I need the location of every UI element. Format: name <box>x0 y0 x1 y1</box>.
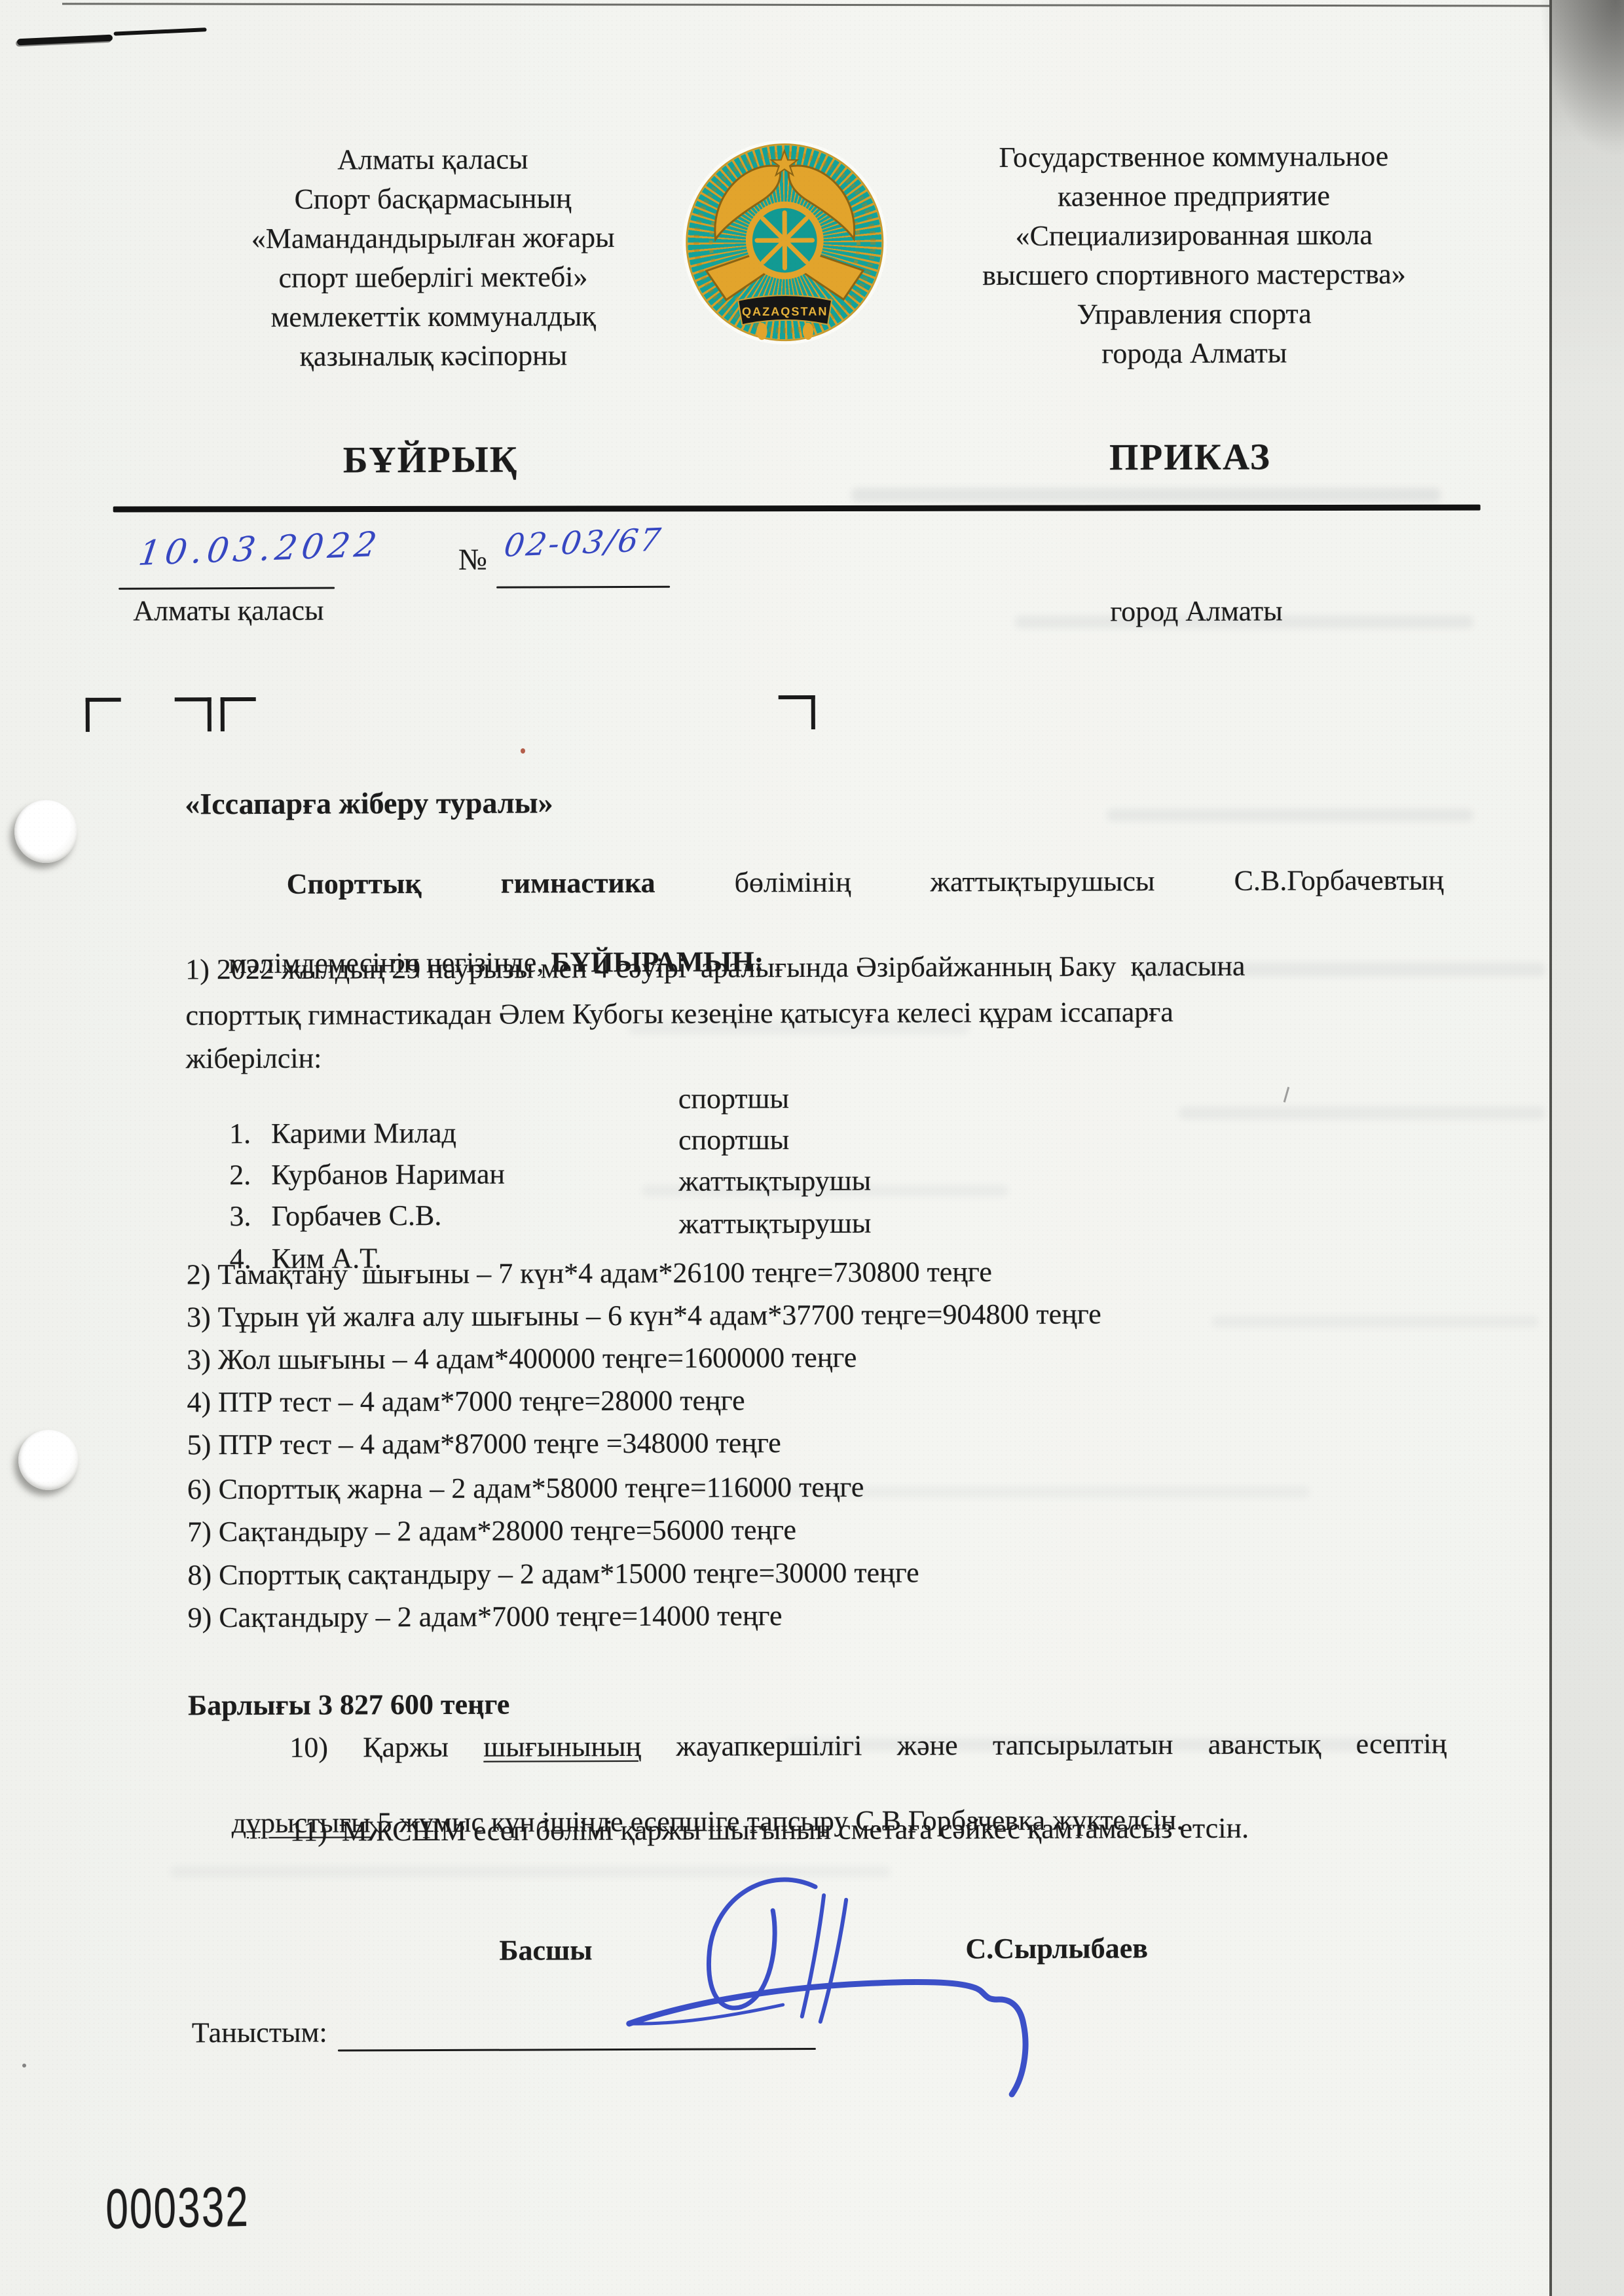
letterhead-line: Спорт басқармасының <box>197 179 669 220</box>
paragraph-bold: Спорттық гимнастика <box>287 867 655 900</box>
paragraph-line: Спорттық гимнастика бөлімінің жаттықтыру… <box>287 864 1444 901</box>
clause-text: 10) Қаржы <box>289 1731 483 1764</box>
letterhead-line: Государственное коммунальное <box>957 137 1431 178</box>
handwritten-signature <box>616 1859 1061 2122</box>
paragraph-text: бөлімінің жаттықтырушысы С.В.Горбачевтың <box>735 864 1444 899</box>
kazakhstan-emblem: QAZAQSTAN <box>682 140 887 345</box>
order-place-ru: город Алматы <box>1110 594 1283 628</box>
expense-line: 9) Сақтандыру – 2 адам*7000 теңге=14000 … <box>188 1599 783 1634</box>
letterhead-line: высшего спортивного мастерства» <box>957 255 1431 296</box>
expense-line: 3) Тұрын үй жалға алу шығыны – 6 күн*4 а… <box>187 1297 1101 1334</box>
scan-topleft-mark <box>17 35 113 46</box>
corner-mark <box>779 695 815 729</box>
order-subject: «Іссапарға жіберу туралы» <box>185 785 553 821</box>
signer-position: Басшы <box>499 1933 592 1967</box>
letterhead-right: Государственное коммунальное казенное пр… <box>957 137 1431 374</box>
letterhead-line: қазыналық кәсіпорны <box>198 336 669 377</box>
header-rule <box>113 505 1481 513</box>
scan-speck <box>22 2064 26 2068</box>
scanned-order-page: Алматы қаласы Спорт басқармасының «Маман… <box>0 0 1624 2296</box>
letterhead-line: «Специализированная школа <box>957 215 1431 257</box>
scan-ghost <box>851 488 1441 502</box>
expense-line: 5) ПТР тест – 4 адам*87000 теңге =348000… <box>187 1426 781 1461</box>
scan-red-speck <box>521 748 525 754</box>
number-blank-line <box>496 586 670 589</box>
expense-line: 4) ПТР тест – 4 адам*7000 теңге=28000 те… <box>187 1383 745 1419</box>
letterhead-line: Управления спорта <box>957 294 1431 335</box>
scan-gray-tick <box>1283 1087 1289 1102</box>
date-blank-line <box>119 587 335 590</box>
scan-ghost <box>1107 809 1473 822</box>
scan-corner-shadow <box>1539 0 1624 157</box>
roster-role: спортшы <box>678 1082 789 1116</box>
letterhead-line: города Алматы <box>957 333 1431 374</box>
corner-mark <box>175 697 212 731</box>
clause-text-underlined: шығынының <box>483 1730 641 1763</box>
scan-right-paper-edge <box>1549 0 1624 2296</box>
expense-line: 7) Сақтандыру – 2 адам*28000 теңге=56000… <box>187 1513 796 1548</box>
letterhead-line: «Мамандандырылған жоғары <box>197 218 669 259</box>
emblem-banner-text: QAZAQSTAN <box>742 305 828 318</box>
letterhead-line: мемлекеттік коммуналдық <box>198 297 669 338</box>
clause-line: 10) Қаржы шығынының жауапкершілігі және … <box>289 1727 1447 1764</box>
form-number-stamp: 000332 <box>105 2175 250 2242</box>
hole-punch-bottom <box>18 1430 79 1490</box>
clause-line: жіберілсін: <box>186 1042 322 1076</box>
clause-line: 11) МЖСШМ есеп бөлімі қаржы шығынын смет… <box>290 1812 1249 1848</box>
scan-ghost <box>1211 1316 1539 1328</box>
clause-line: спорттық гимнастикадан Әлем Кубогы кезең… <box>185 995 1173 1032</box>
roster-role: жаттықтырушы <box>678 1207 871 1241</box>
hole-punch-top <box>14 800 77 863</box>
expense-line: 3) Жол шығыны – 4 адам*400000 теңге=1600… <box>187 1341 857 1377</box>
number-sign: № <box>458 542 487 577</box>
emblem-art: QAZAQSTAN <box>682 140 887 345</box>
letterhead-line: спорт шеберлігі мектебі» <box>197 257 669 299</box>
expense-line: 6) Спорттық жарна – 2 адам*58000 теңге=1… <box>187 1470 864 1506</box>
scan-top-edge-line <box>62 3 1624 7</box>
letterhead-left: Алматы қаласы Спорт басқармасының «Маман… <box>197 139 669 377</box>
order-title-ru: ПРИКАЗ <box>1059 435 1321 479</box>
clause-line: 1) 2022 жылдың 29 наурызы мен 4 сәуірі а… <box>185 949 1246 987</box>
order-date-handwritten: 10.03.2022 <box>136 525 384 574</box>
corner-mark <box>86 698 121 732</box>
clause-text: жауапкершілігі және тапсырылатын авансты… <box>641 1728 1447 1762</box>
total-line: Барлығы 3 827 600 теңге <box>188 1688 509 1722</box>
order-place-kk: Алматы қаласы <box>133 594 324 628</box>
expense-line: 8) Спорттық сақтандыру – 2 адам*15000 те… <box>187 1556 919 1592</box>
letterhead-line: Алматы қаласы <box>197 139 669 181</box>
roster-role: спортшы <box>678 1123 789 1157</box>
scan-ghost <box>1179 1106 1545 1120</box>
roster-role: жаттықтырушы <box>678 1164 871 1198</box>
acknowledged-label: Таныстым: <box>192 2016 327 2050</box>
order-title-kk: БҰЙРЫҚ <box>299 438 561 481</box>
expense-line: 2) Тамақтану шығыны – 7 күн*4 адам*26100… <box>187 1255 992 1291</box>
letterhead-line: казенное предприятие <box>957 176 1431 217</box>
order-number-handwritten: 02-03/67 <box>502 522 665 564</box>
corner-mark <box>221 697 256 731</box>
